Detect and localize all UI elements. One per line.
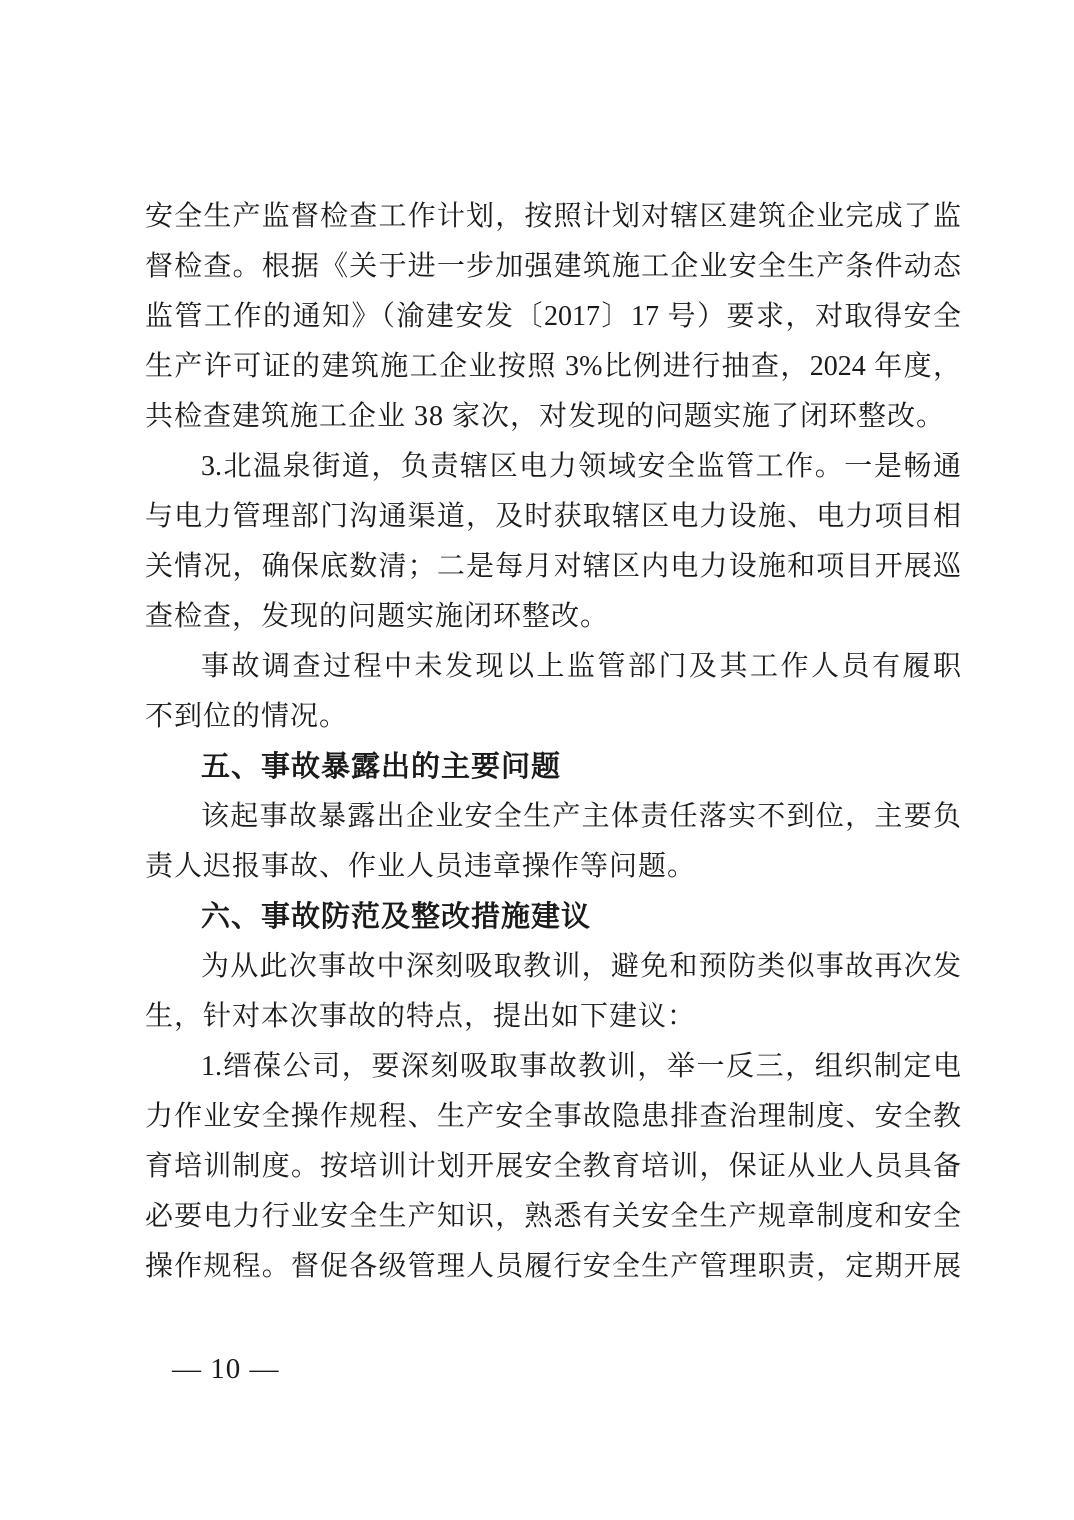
text-line: 关情况，确保底数清；二是每月对辖区内电力设施和项目开展巡 bbox=[145, 542, 961, 592]
text-line: 1.缙葆公司，要深刻吸取事故教训，举一反三，组织制定电 bbox=[145, 1042, 961, 1092]
text-line: 监管工作的通知》（渝建安发〔2017〕17 号）要求，对取得安全 bbox=[145, 292, 961, 342]
text-line: 力作业安全操作规程、生产安全事故隐患排查治理制度、安全教 bbox=[145, 1092, 961, 1142]
text-line: 责人迟报事故、作业人员违章操作等问题。 bbox=[145, 842, 961, 892]
page-footer: — 10 — bbox=[172, 1352, 280, 1386]
text-line: 生，针对本次事故的特点，提出如下建议： bbox=[145, 992, 961, 1042]
text-line: 安全生产监督检查工作计划，按照计划对辖区建筑企业完成了监 bbox=[145, 192, 961, 242]
text-line: 育培训制度。按培训计划开展安全教育培训，保证从业人员具备 bbox=[145, 1142, 961, 1192]
text-line: 生产许可证的建筑施工企业按照 3%比例进行抽查，2024 年度， bbox=[145, 342, 961, 392]
document-body: 安全生产监督检查工作计划，按照计划对辖区建筑企业完成了监督检查。根据《关于进一步… bbox=[145, 192, 961, 1292]
text-line: 为从此次事故中深刻吸取教训，避免和预防类似事故再次发 bbox=[145, 942, 961, 992]
text-line: 事故调查过程中未发现以上监管部门及其工作人员有履职 bbox=[145, 642, 961, 692]
section-heading: 六、事故防范及整改措施建议 bbox=[145, 892, 961, 942]
text-line: 不到位的情况。 bbox=[145, 692, 961, 742]
section-heading: 五、事故暴露出的主要问题 bbox=[145, 742, 961, 792]
text-line: 共检查建筑施工企业 38 家次，对发现的问题实施了闭环整改。 bbox=[145, 392, 961, 442]
text-line: 3.北温泉街道，负责辖区电力领域安全监管工作。一是畅通 bbox=[145, 442, 961, 492]
text-line: 督检查。根据《关于进一步加强建筑施工企业安全生产条件动态 bbox=[145, 242, 961, 292]
document-page: 安全生产监督检查工作计划，按照计划对辖区建筑企业完成了监督检查。根据《关于进一步… bbox=[0, 0, 1074, 1520]
page-number: — 10 — bbox=[172, 1353, 280, 1385]
text-line: 查检查，发现的问题实施闭环整改。 bbox=[145, 592, 961, 642]
text-line: 必要电力行业安全生产知识，熟悉有关安全生产规章制度和安全 bbox=[145, 1192, 961, 1242]
text-line: 与电力管理部门沟通渠道，及时获取辖区电力设施、电力项目相 bbox=[145, 492, 961, 542]
text-line: 该起事故暴露出企业安全生产主体责任落实不到位，主要负 bbox=[145, 792, 961, 842]
text-line: 操作规程。督促各级管理人员履行安全生产管理职责，定期开展 bbox=[145, 1242, 961, 1292]
